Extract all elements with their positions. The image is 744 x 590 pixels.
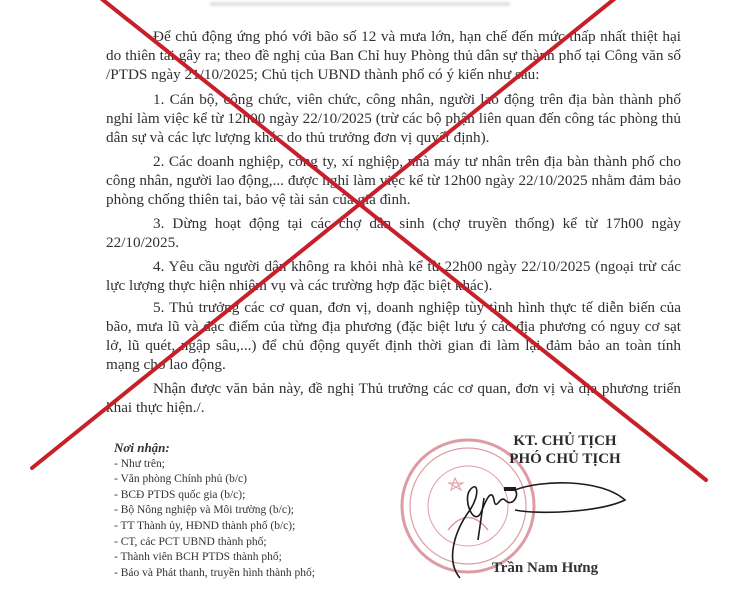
- red-cross-mark-icon: [0, 0, 744, 590]
- document-page: Để chủ động ứng phó với bão số 12 và mưa…: [0, 0, 744, 590]
